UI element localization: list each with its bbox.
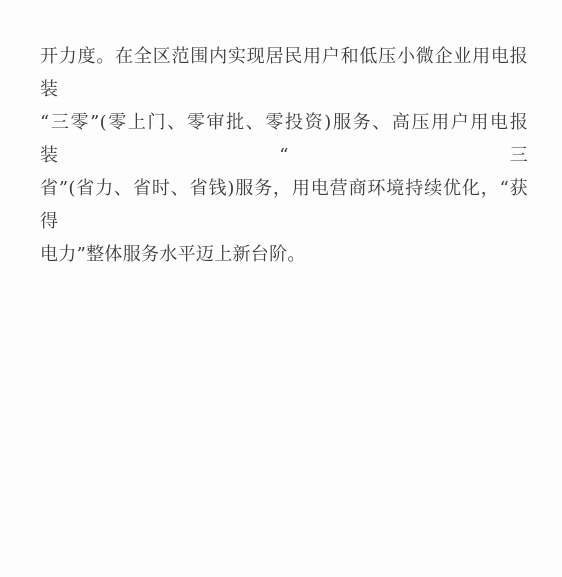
paragraph: 开力度。在全区范围内实现居民用户和低压小微企业用电报装 “三零”(零上门、零审批…	[40, 40, 528, 271]
document-page: 开力度。在全区范围内实现居民用户和低压小微企业用电报装 “三零”(零上门、零审批…	[0, 0, 562, 577]
paragraph-line-2: “三零”(零上门、零审批、零投资)服务、高压用户用电报装“三	[40, 106, 528, 172]
paragraph-line-3: 省”(省力、省时、省钱)服务，用电营商环境持续优化，“获得	[40, 172, 528, 238]
paragraph-line-1: 开力度。在全区范围内实现居民用户和低压小微企业用电报装	[40, 40, 528, 106]
paragraph-line-4: 电力”整体服务水平迈上新台阶。	[40, 238, 528, 271]
